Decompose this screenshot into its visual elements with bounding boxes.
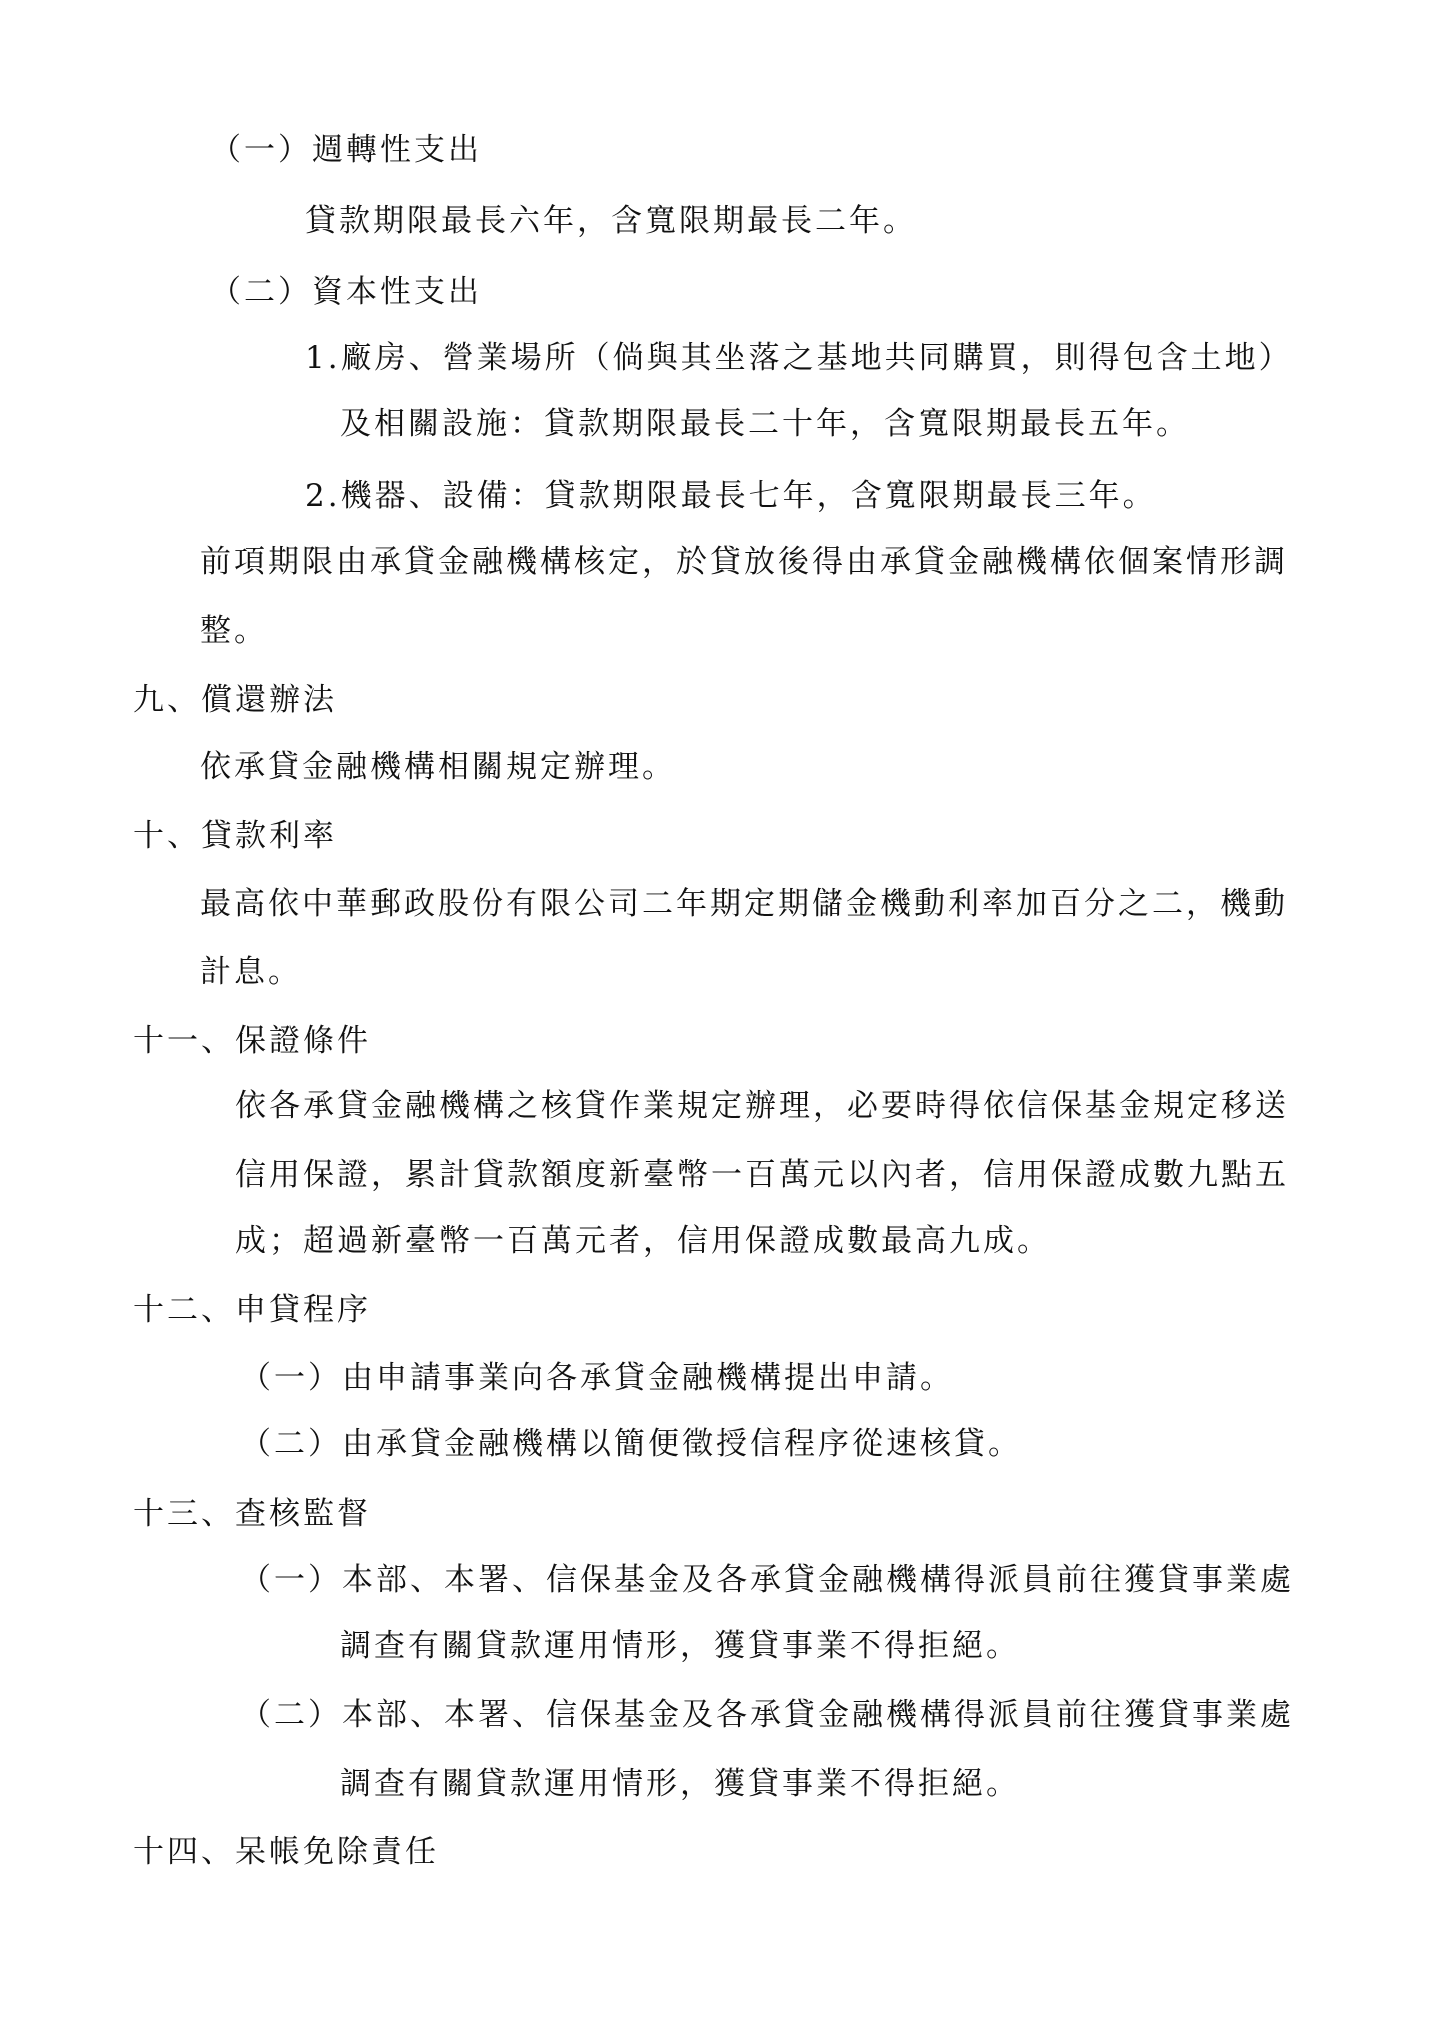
section-heading-guarantee: 十一、保證條件 [133,1021,371,1061]
paragraph-text: 依承貸金融機構相關規定辦理。 [200,747,676,787]
section-heading-interest-rate: 十、貸款利率 [133,816,337,856]
subsection-heading-capital: （二）資本性支出 [210,272,482,312]
list-item-continuation: 調查有關貸款運用情形，獲貸事業不得拒絕。 [340,1764,1020,1804]
paragraph-text: 前項期限由承貸金融機構核定，於貸放後得由承貸金融機構依個案情形調 [200,542,1288,582]
paragraph-text: 依各承貸金融機構之核貸作業規定辦理，必要時得依信保基金規定移送 [235,1086,1289,1126]
paragraph-text: 信用保證，累計貸款額度新臺幣一百萬元以內者，信用保證成數九點五 [235,1155,1289,1195]
list-item-continuation: 及相關設施：貸款期限最長二十年，含寬限期最長五年。 [340,404,1190,444]
list-item: 1.廠房、營業場所（倘與其坐落之基地共同購買，則得包含土地） [305,338,1293,378]
list-item: （一）由申請事業向各承貸金融機構提出申請。 [240,1358,954,1398]
paragraph-text: 計息。 [200,952,302,992]
paragraph-text: 整。 [200,611,268,651]
paragraph-text: 貸款期限最長六年，含寬限期最長二年。 [305,201,917,241]
section-heading-audit: 十三、查核監督 [133,1494,371,1534]
section-heading-repayment: 九、償還辦法 [133,680,337,720]
list-item: （二）本部、本署、信保基金及各承貸金融機構得派員前往獲貸事業處 [240,1695,1294,1735]
list-item: 2.機器、設備：貸款期限最長七年，含寬限期最長三年。 [305,476,1157,516]
list-item: （二）由承貸金融機構以簡便徵授信程序從速核貸。 [240,1424,1022,1464]
paragraph-text: 最高依中華郵政股份有限公司二年期定期儲金機動利率加百分之二，機動 [200,884,1288,924]
section-heading-application: 十二、申貸程序 [133,1290,371,1330]
section-heading-bad-debt: 十四、呆帳免除責任 [133,1832,439,1872]
list-item-continuation: 調查有關貸款運用情形，獲貸事業不得拒絕。 [340,1626,1020,1666]
subsection-heading-revolving: （一）週轉性支出 [210,130,482,170]
paragraph-text: 成；超過新臺幣一百萬元者，信用保證成數最高九成。 [235,1221,1051,1261]
list-item: （一）本部、本署、信保基金及各承貸金融機構得派員前往獲貸事業處 [240,1560,1294,1600]
